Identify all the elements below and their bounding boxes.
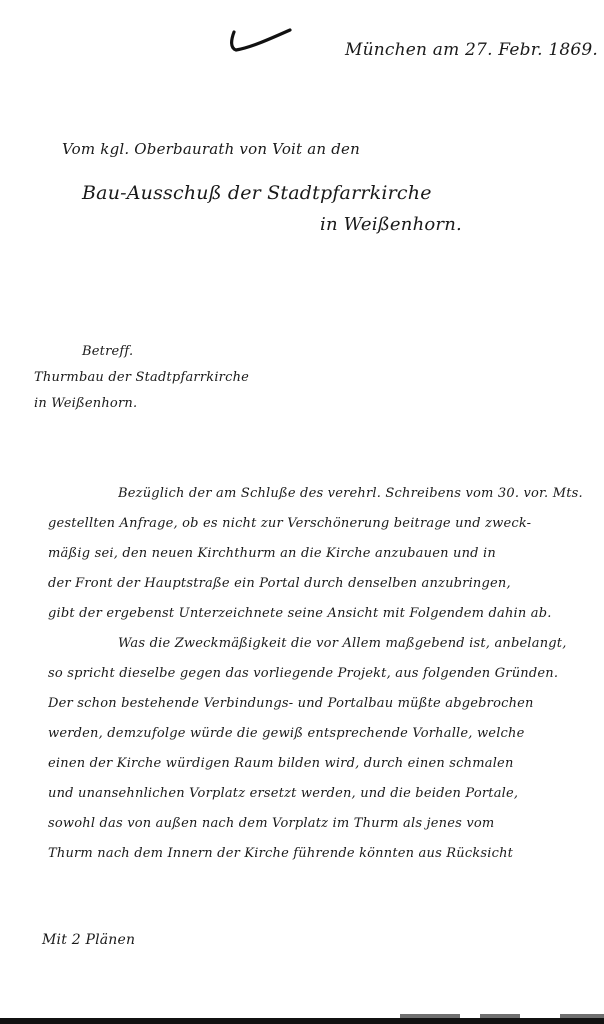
body-line: einen der Kirche würdigen Raum bilden wi… <box>48 756 596 771</box>
body-line: Der schon bestehende Verbindungs- und Po… <box>48 696 596 711</box>
body-line: Bezüglich der am Schluße des verehrl. Sc… <box>118 486 596 501</box>
enclosure-note: Mit 2 Plänen <box>42 932 135 948</box>
body-line: Was die Zweckmäßigkeit die vor Allem maß… <box>118 636 596 651</box>
page-bottom-edge <box>0 1018 604 1024</box>
check-mark-icon <box>228 24 292 54</box>
body-line: sowohl das von außen nach dem Vorplatz i… <box>48 816 596 831</box>
recipient-line: Bau-Ausschuß der Stadtpfarrkirche <box>82 182 432 204</box>
body-line: gestellten Anfrage, ob es nicht zur Vers… <box>48 516 596 531</box>
body-line: gibt der ergebenst Unterzeichnete seine … <box>48 606 596 621</box>
subject-place: in Weißenhorn. <box>34 396 137 411</box>
body-line: der Front der Hauptstraße ein Portal dur… <box>48 576 596 591</box>
dateline: München am 27. Febr. 1869. <box>345 40 598 60</box>
body-line: und unansehnlichen Vorplatz ersetzt werd… <box>48 786 596 801</box>
subject-label: Betreff. <box>82 344 133 359</box>
recipient-place: in Weißenhorn. <box>320 214 462 235</box>
sender-line: Vom kgl. Oberbaurath von Voit an den <box>62 140 360 158</box>
body-line: werden, demzufolge würde die gewiß entsp… <box>48 726 596 741</box>
subject-line: Thurmbau der Stadtpfarrkirche <box>34 370 249 385</box>
body-line: mäßig sei, den neuen Kirchthurm an die K… <box>48 546 596 561</box>
body-line: Thurm nach dem Innern der Kirche führend… <box>48 846 596 861</box>
manuscript-page: München am 27. Febr. 1869. Vom kgl. Ober… <box>0 0 604 1024</box>
body-line: so spricht dieselbe gegen das vorliegend… <box>48 666 596 681</box>
